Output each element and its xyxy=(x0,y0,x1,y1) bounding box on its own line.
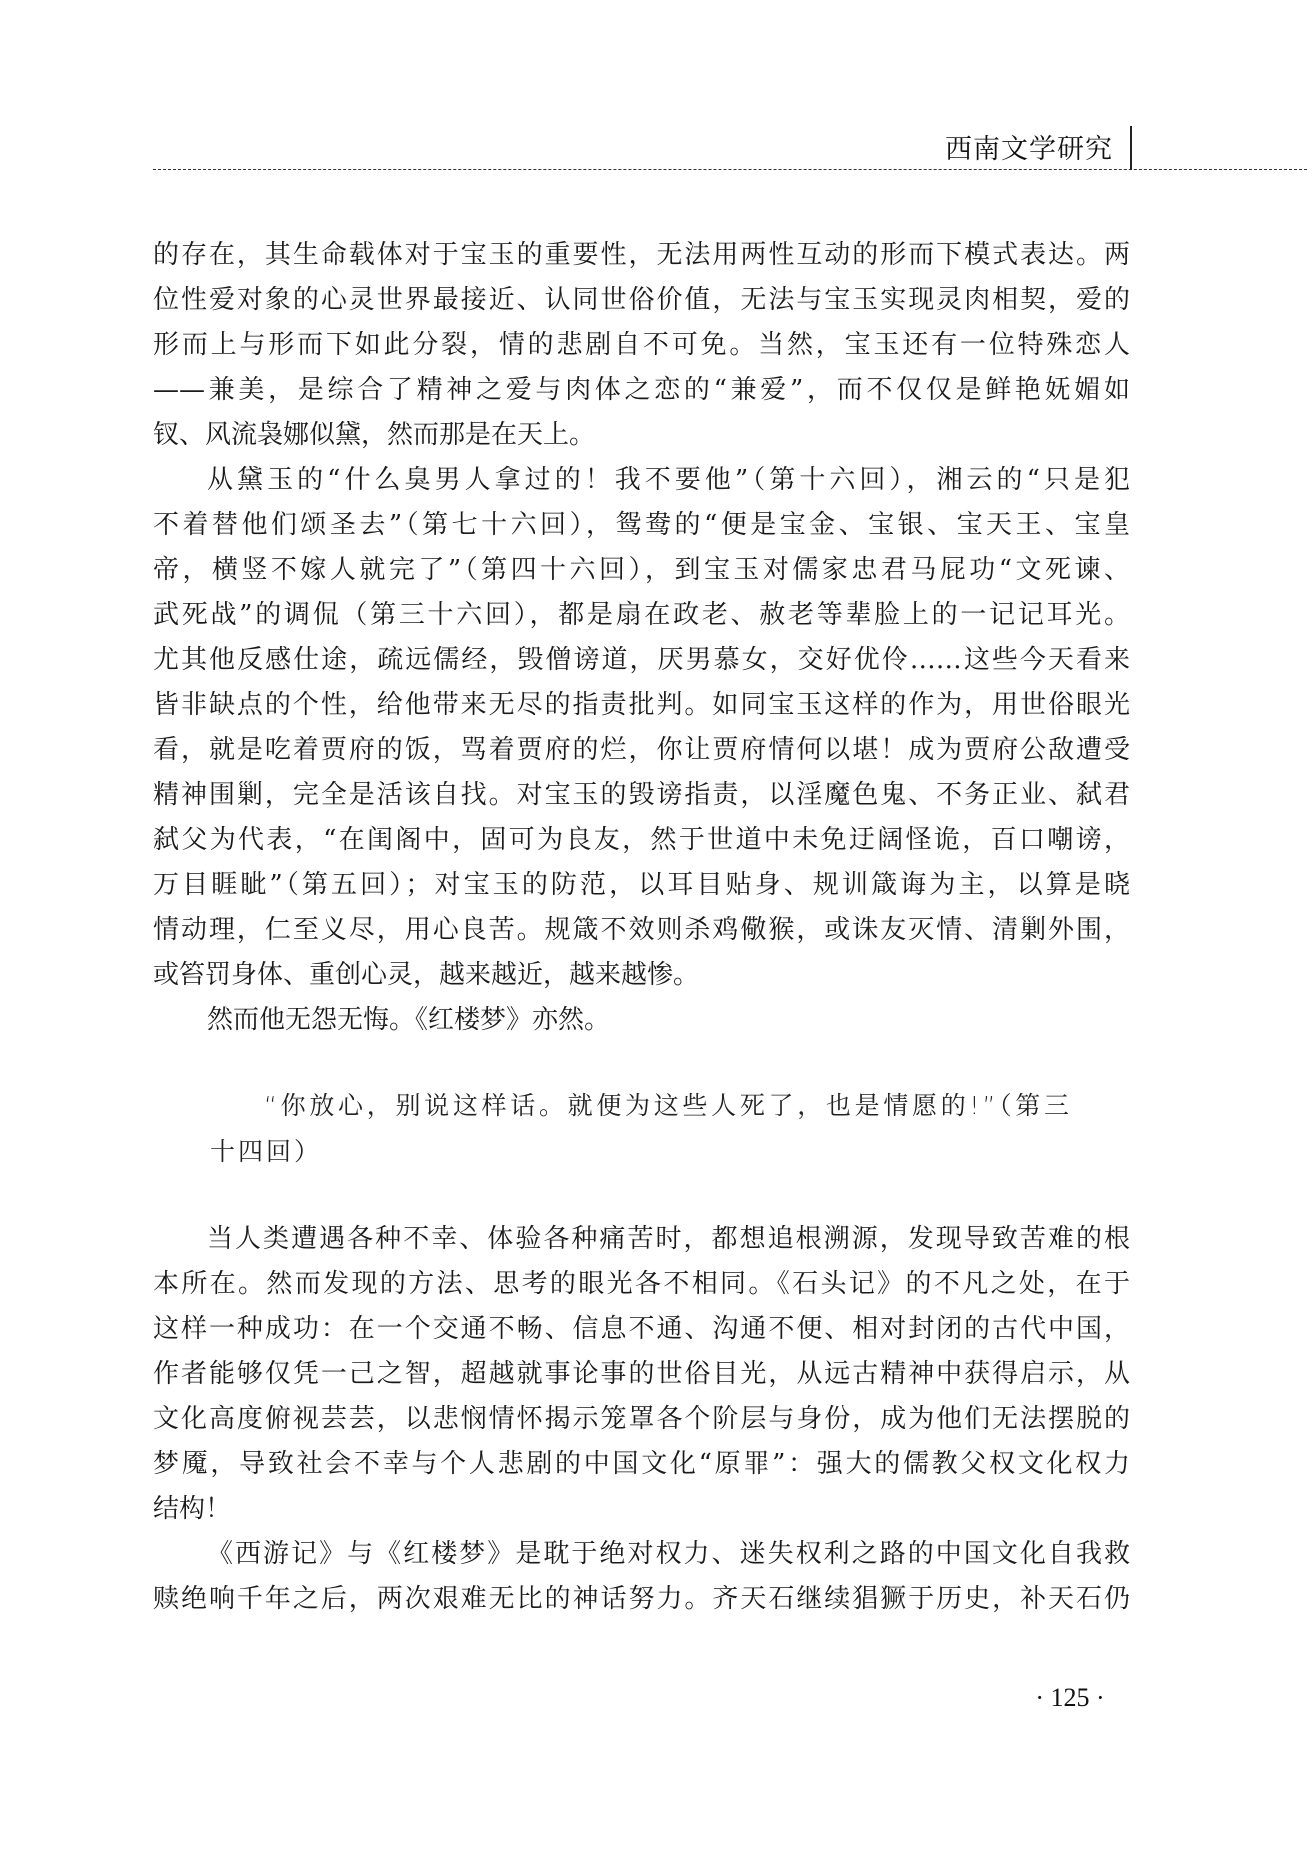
text-line: ——兼美，是综合了精神之爱与肉体之恋的“兼爱”，而不仅仅是鲜艳妩媚如 xyxy=(153,368,1130,413)
text-line: 然而他无怨无悔。《红楼梦》亦然。 xyxy=(153,998,1130,1043)
text-line: 文化高度俯视芸芸，以悲悯情怀揭示笼罩各个阶层与身份，成为他们无法摆脱的 xyxy=(153,1397,1130,1442)
text-line: 弑父为代表，“在闺阁中，固可为良友，然于世道中未免迂阔怪诡，百口嘲谤， xyxy=(153,818,1130,863)
page-number: · 125 · xyxy=(1010,1683,1130,1713)
paragraph: 从黛玉的“什么臭男人拿过的！我不要他”（第十六回），湘云的“只是犯 不着替他们颂… xyxy=(153,458,1130,998)
paragraph: 然而他无怨无悔。《红楼梦》亦然。 xyxy=(153,998,1130,1043)
text-line: 钗、风流袅娜似黛，然而那是在天上。 xyxy=(153,413,1130,458)
paragraph: 当人类遭遇各种不幸、体验各种痛苦时，都想追根溯源，发现导致苦难的根 本所在。然而… xyxy=(153,1217,1130,1532)
text-line: 帝，横竖不嫁人就完了”（第四十六回），到宝玉对儒家忠君马屁功“文死谏、 xyxy=(153,548,1130,593)
paragraph: 《西游记》与《红楼梦》是耽于绝对权力、迷失权利之路的中国文化自我救 赎绝响千年之… xyxy=(153,1532,1130,1622)
header-vertical-bar xyxy=(1130,126,1132,170)
text-line: 当人类遭遇各种不幸、体验各种痛苦时，都想追根溯源，发现导致苦难的根 xyxy=(153,1217,1130,1262)
text-line: 从黛玉的“什么臭男人拿过的！我不要他”（第十六回），湘云的“只是犯 xyxy=(153,458,1130,503)
text-line: 赎绝响千年之后，两次艰难无比的神话努力。齐天石继续猖獗于历史，补天石仍 xyxy=(153,1577,1130,1622)
text-line: 本所在。然而发现的方法、思考的眼光各不相同。《石头记》的不凡之处，在于 xyxy=(153,1262,1130,1307)
text-line: 作者能够仅凭一己之智，超越就事论事的世俗目光，从远古精神中获得启示，从 xyxy=(153,1352,1130,1397)
text-line: 武死战”的调侃（第三十六回），都是扇在政老、赦老等辈脸上的一记记耳光。 xyxy=(153,593,1130,638)
text-line: 皆非缺点的个性，给他带来无尽的指责批判。如同宝玉这样的作为，用世俗眼光 xyxy=(153,683,1130,728)
block-quote: “你放心，别说这样话。就便为这些人死了，也是情愿的!”（第三 十四回） xyxy=(210,1083,1072,1175)
spacer xyxy=(153,1175,1130,1217)
text-line: 《西游记》与《红楼梦》是耽于绝对权力、迷失权利之路的中国文化自我救 xyxy=(153,1532,1130,1577)
article-body: 的存在，其生命载体对于宝玉的重要性，无法用两性互动的形而下模式表达。两 位性爱对… xyxy=(153,233,1130,1622)
text-line: 或笞罚身体、重创心灵，越来越近，越来越惨。 xyxy=(153,953,1130,998)
text-line: 位性爱对象的心灵世界最接近、认同世俗价值，无法与宝玉实现灵肉相契，爱的 xyxy=(153,278,1130,323)
text-line: 的存在，其生命载体对于宝玉的重要性，无法用两性互动的形而下模式表达。两 xyxy=(153,233,1130,278)
text-line: 结构！ xyxy=(153,1487,1130,1532)
quote-line: “你放心，别说这样话。就便为这些人死了，也是情愿的!”（第三 xyxy=(210,1083,1072,1129)
text-line: 梦魇，导致社会不幸与个人悲剧的中国文化“原罪”：强大的儒教父权文化权力 xyxy=(153,1442,1130,1487)
text-line: 情动理，仁至义尽，用心良苦。规箴不效则杀鸡儆猴，或诛友灭情、清剿外围， xyxy=(153,908,1130,953)
spacer xyxy=(153,1043,1130,1083)
text-line: 看，就是吃着贾府的饭，骂着贾府的烂，你让贾府情何以堪！成为贾府公敌遭受 xyxy=(153,728,1130,773)
paragraph: 的存在，其生命载体对于宝玉的重要性，无法用两性互动的形而下模式表达。两 位性爱对… xyxy=(153,233,1130,458)
header-dashed-rule xyxy=(153,169,1307,170)
text-line: 不着替他们颂圣去”（第七十六回），鸳鸯的“便是宝金、宝银、宝天王、宝皇 xyxy=(153,503,1130,548)
text-line: 形而上与形而下如此分裂，情的悲剧自不可免。当然，宝玉还有一位特殊恋人 xyxy=(153,323,1130,368)
running-header: 西南文学研究 xyxy=(153,126,1307,170)
text-line: 尤其他反感仕途，疏远儒经，毁僧谤道，厌男慕女，交好优伶……这些今天看来 xyxy=(153,638,1130,683)
journal-title: 西南文学研究 xyxy=(943,127,1119,166)
text-line: 精神围剿，完全是活该自找。对宝玉的毁谤指责，以淫魔色鬼、不务正业、弑君 xyxy=(153,773,1130,818)
quote-line: 十四回） xyxy=(210,1129,1072,1175)
text-line: 万目睚眦”（第五回）；对宝玉的防范，以耳目贴身、规训箴诲为主，以算是晓 xyxy=(153,863,1130,908)
text-line: 这样一种成功：在一个交通不畅、信息不通、沟通不便、相对封闭的古代中国， xyxy=(153,1307,1130,1352)
